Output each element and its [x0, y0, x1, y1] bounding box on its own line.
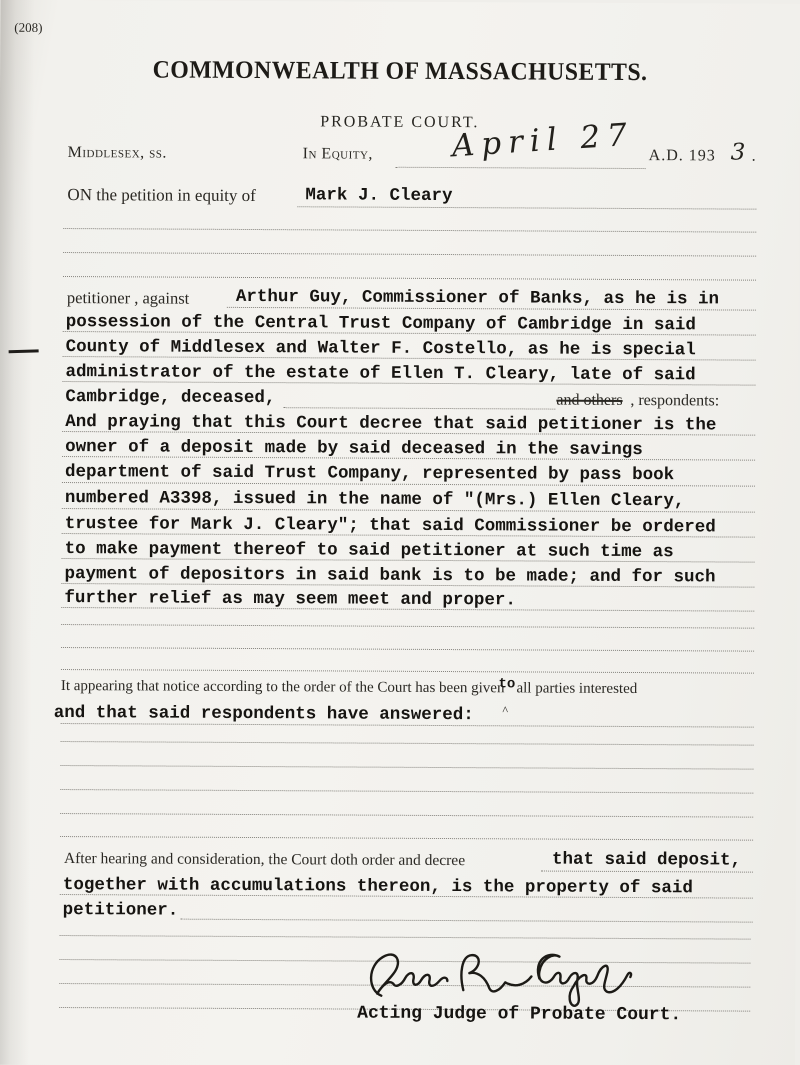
dotted-rule	[60, 813, 753, 818]
dotted-rule	[283, 407, 555, 409]
county-label: Middlesex, ss.	[68, 144, 167, 163]
dotted-rule	[61, 624, 754, 629]
inserted-word-to: to	[498, 676, 515, 692]
dotted-rule	[61, 741, 754, 746]
struck-and-others: and others	[556, 392, 622, 410]
in-equity-label: In Equity,	[303, 145, 373, 163]
dotted-rule	[61, 669, 754, 674]
probate-decree-document: (208) COMMONWEALTH OF MASSACHUSETTS. PRO…	[0, 0, 800, 1065]
judge-signature	[359, 942, 649, 1014]
margin-mark	[9, 349, 39, 353]
judge-title-line: Acting Judge of Probate Court.	[357, 1004, 681, 1026]
respondent-line: Cambridge, deceased,	[65, 387, 275, 408]
dotted-rule	[63, 276, 756, 281]
caret-mark: ^	[502, 703, 508, 718]
dotted-rule	[60, 765, 753, 770]
petitioner-name: Mark J. Cleary	[305, 185, 452, 206]
dotted-rule	[60, 935, 751, 940]
page-number: (208)	[14, 20, 42, 36]
notice-printed-text: It appearing that notice according to th…	[61, 678, 637, 698]
page-title: COMMONWEALTH OF MASSACHUSETTS.	[20, 56, 780, 88]
dotted-rule	[396, 167, 646, 169]
decree-typed-line: that said deposit,	[552, 850, 741, 871]
dotted-rule	[60, 836, 753, 841]
dotted-rule	[60, 789, 753, 794]
court-subtitle: PROBATE COURT.	[0, 112, 800, 134]
typed-answer-line: and that said respondents have answered:	[54, 703, 474, 725]
dotted-rule	[297, 206, 756, 209]
notice-text-before: It appearing that notice according to th…	[61, 678, 505, 696]
period-after-year: .	[752, 148, 756, 166]
handwritten-year-digit: 3	[731, 140, 746, 166]
ad-label: A.D. 193	[649, 147, 716, 165]
respondent-line: Arthur Guy, Commissioner of Banks, as he…	[236, 287, 719, 310]
dotted-rule	[541, 871, 753, 873]
against-label: petitioner , against	[67, 288, 189, 309]
petition-on-label: ON the petition in equity of	[67, 185, 255, 206]
dotted-rule	[63, 228, 756, 233]
dotted-rule	[181, 919, 753, 923]
respondents-suffix: , respondents:	[630, 392, 719, 410]
notice-text-after: all parties interested	[516, 680, 637, 697]
dotted-rule	[63, 252, 756, 257]
decree-typed-line: petitioner.	[63, 900, 179, 921]
decree-printed-label: After hearing and consideration, the Cou…	[64, 850, 465, 870]
dotted-rule	[61, 647, 754, 652]
